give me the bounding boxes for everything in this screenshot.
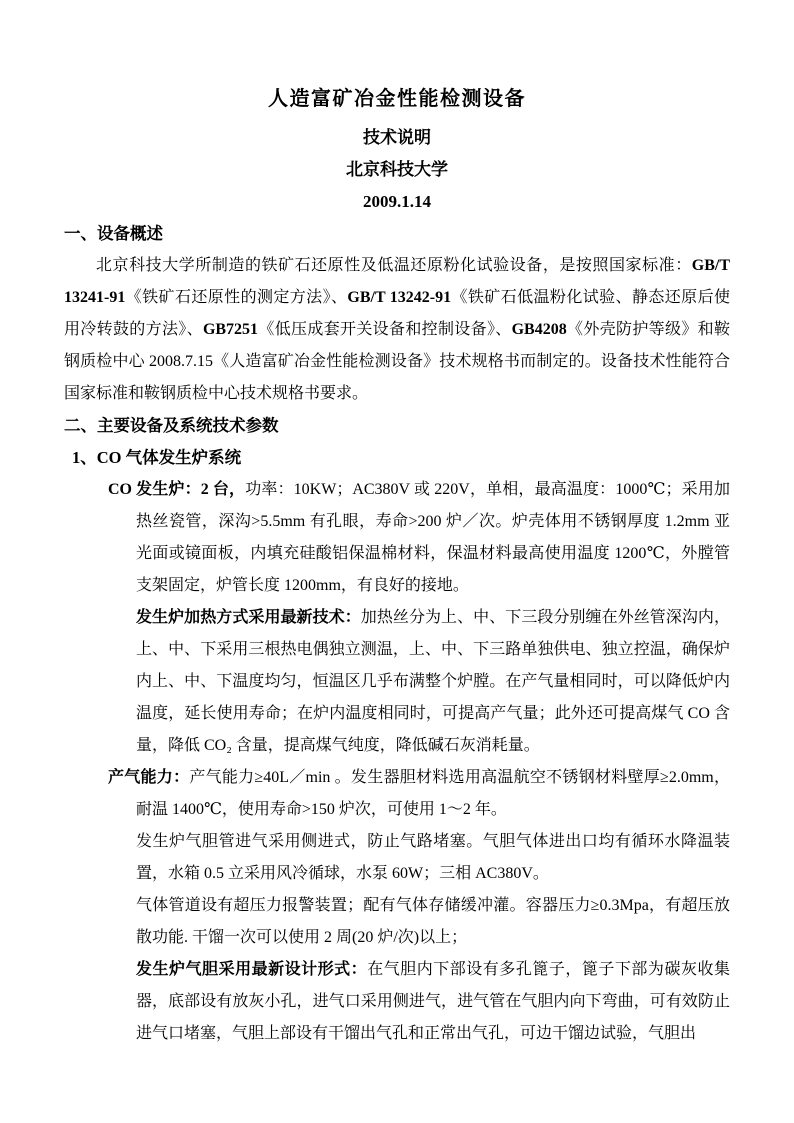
document-page: 人造富矿冶金性能检测设备 技术说明 北京科技大学 2009.1.14 一、设备概… <box>0 0 794 1123</box>
paragraph-pressure-alarm: 气体管道设有超压力报警装置；配有气体存储缓冲灌。容器压力≥0.3Mpa，有超压放… <box>64 890 730 954</box>
overview-paragraph: 北京科技大学所制造的铁矿石还原性及低温还原粉化试验设备，是按照国家标准：GB/T… <box>64 250 730 410</box>
paragraph-co-furnace: CO 发生炉：2 台，功率：10KW；AC380V 或 220V，单相，最高温度… <box>64 474 730 602</box>
subsection-co-gas-furnace-heading: 1、CO 气体发生炉系统 <box>72 442 730 474</box>
document-subtitle: 技术说明 <box>64 122 730 154</box>
organization-name: 北京科技大学 <box>64 154 730 186</box>
section-specs-heading: 二、主要设备及系统技术参数 <box>64 410 730 442</box>
paragraph-gas-inlet: 发生炉气胆管进气采用侧进式，防止气路堵塞。气胆气体进出口均有循环水降温装置，水箱… <box>64 826 730 890</box>
section-overview-heading: 一、设备概述 <box>64 218 730 250</box>
paragraph-gas-capacity: 产气能力：产气能力≥40L／min 。发生器胆材料选用高温航空不锈钢材料壁厚≥2… <box>64 762 730 826</box>
document-date: 2009.1.14 <box>64 186 730 218</box>
paragraph-gas-tank-design: 发生炉气胆采用最新设计形式：在气胆内下部设有多孔篦子，篦子下部为碳灰收集器，底部… <box>64 954 730 1050</box>
document-title: 人造富矿冶金性能检测设备 <box>64 84 730 114</box>
paragraph-heating-method: 发生炉加热方式采用最新技术：加热丝分为上、中、下三段分别缠在外丝管深沟内，上、中… <box>64 602 730 762</box>
